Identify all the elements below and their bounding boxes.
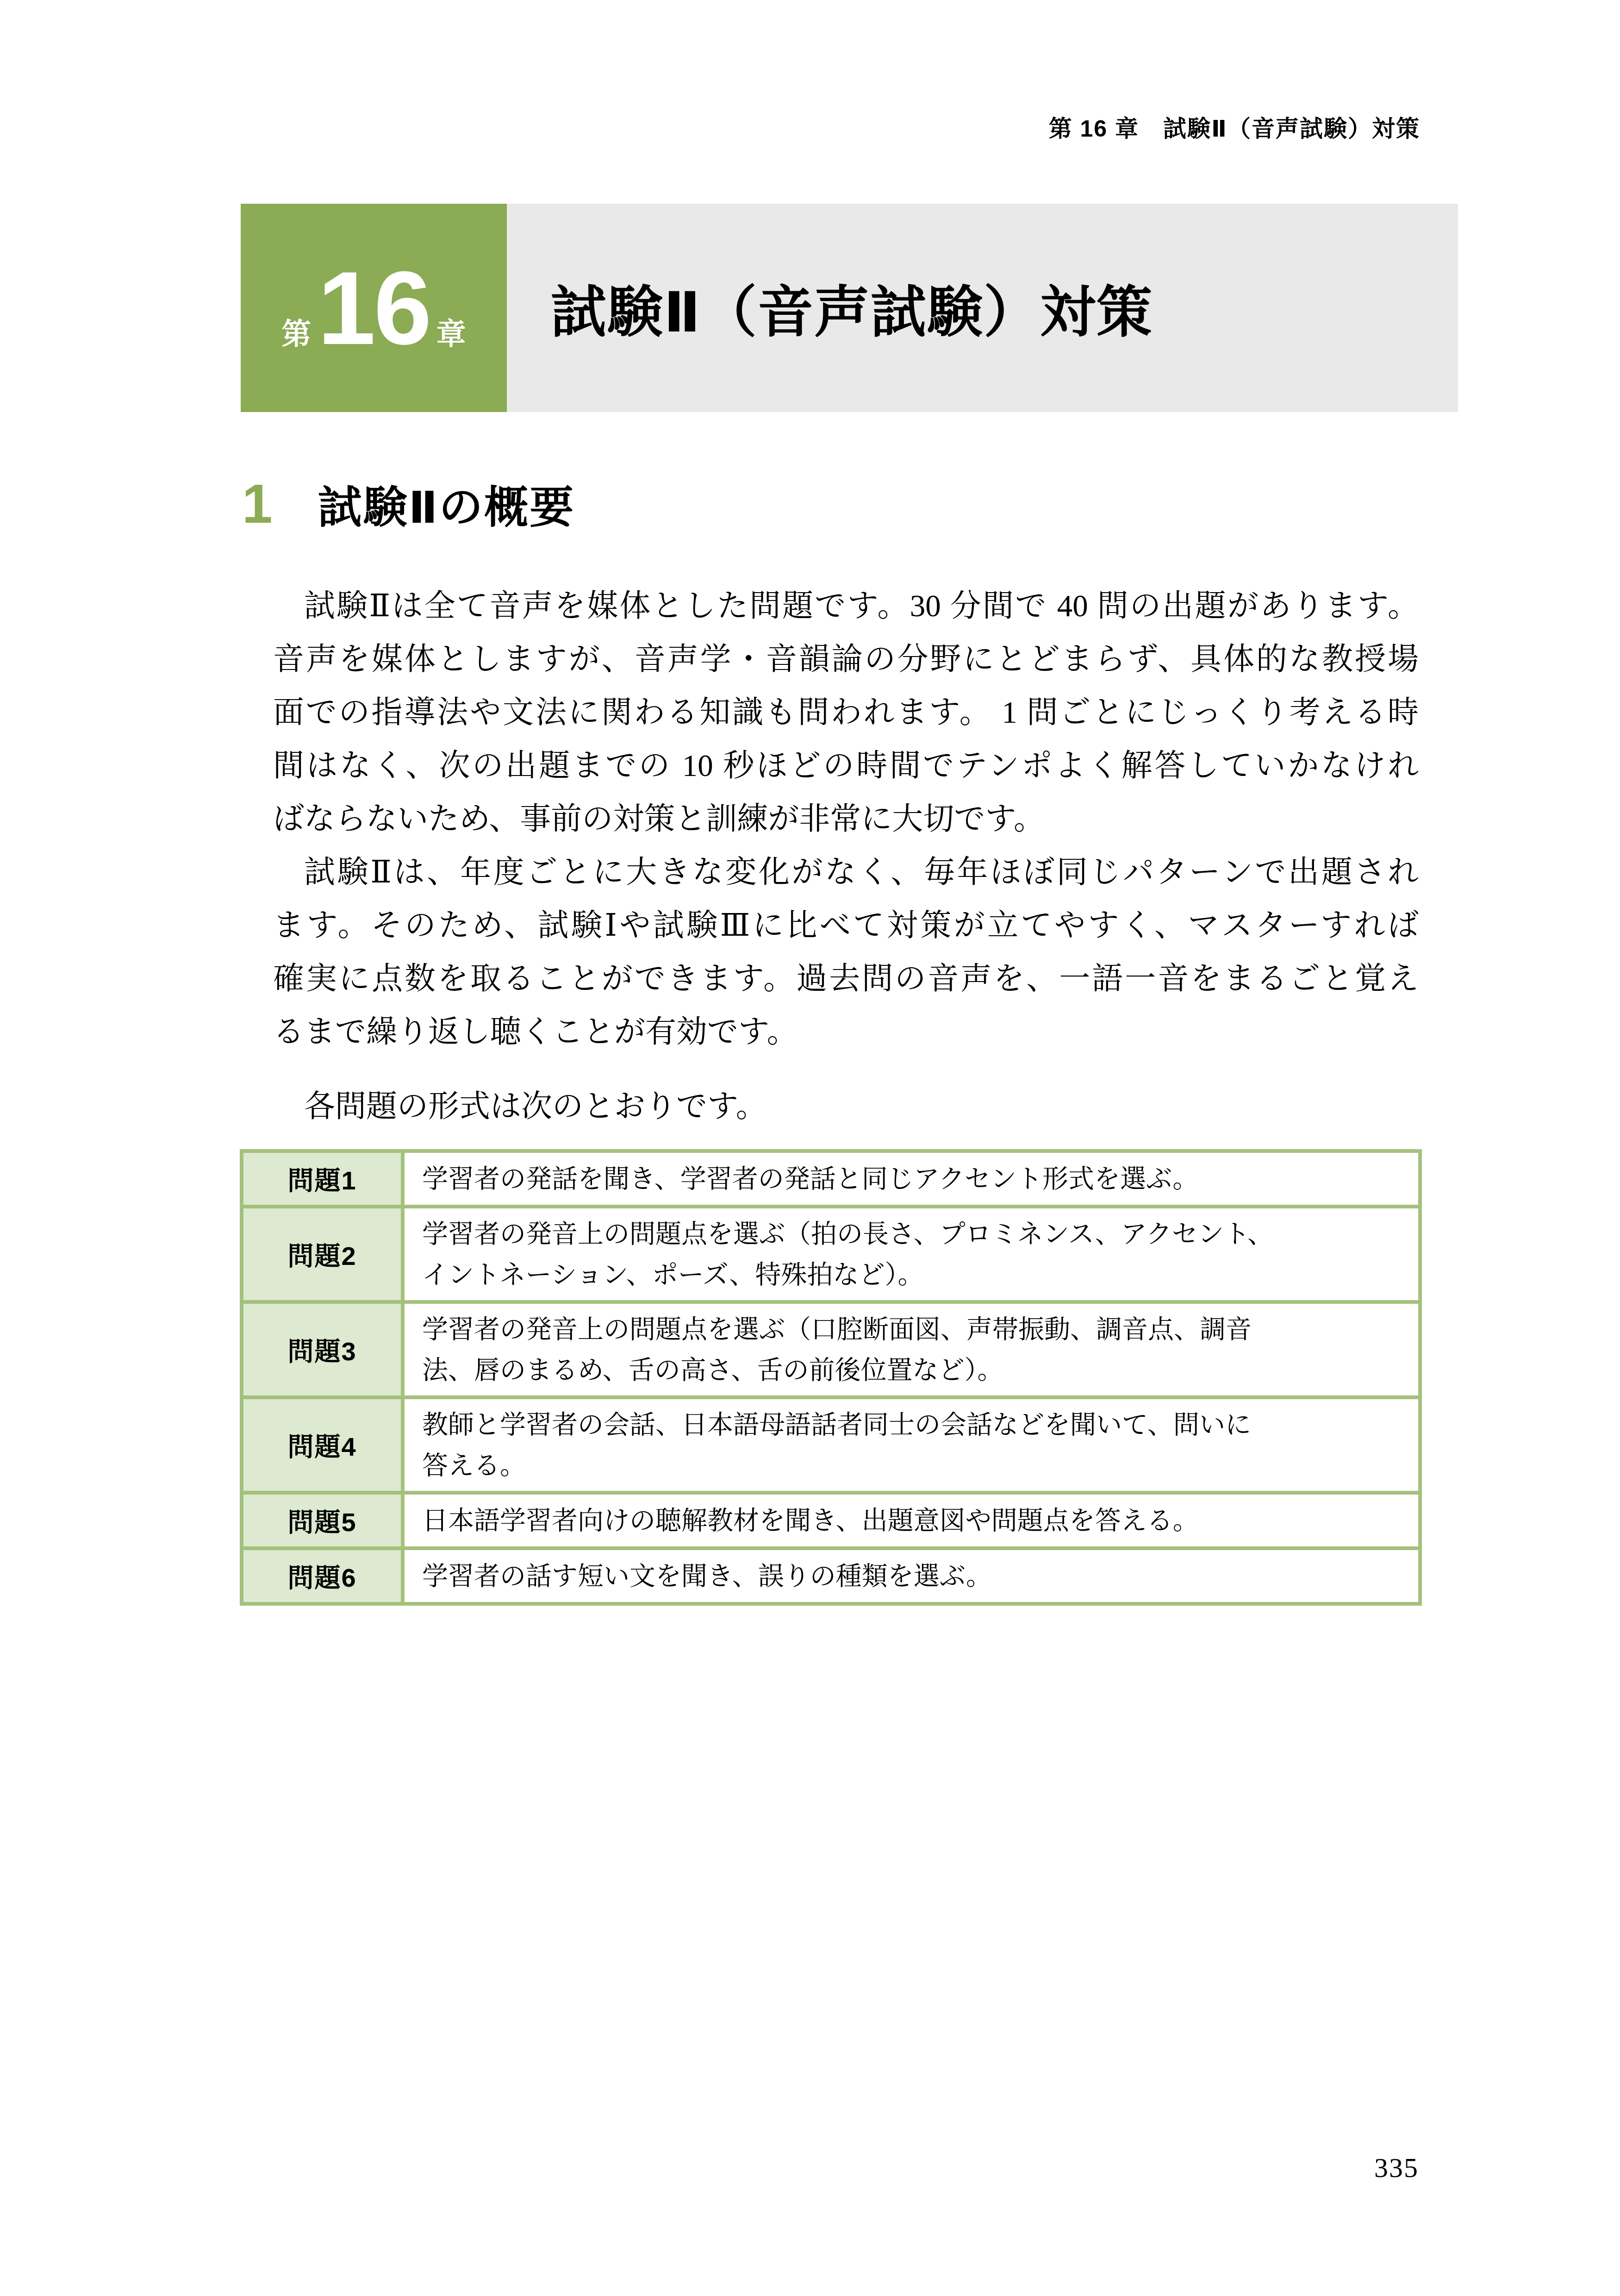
question-format-table: 問題1学習者の発話を聞き、学習者の発話と同じアクセント形式を選ぶ。問題2学習者の…: [240, 1149, 1422, 1606]
table-row: 問題5日本語学習者向けの聴解教材を聞き、出題意図や問題点を答える。: [242, 1493, 1420, 1548]
table-row: 問題3学習者の発音上の問題点を選ぶ（口腔断面図、声帯振動、調音点、調音法、唇のま…: [242, 1302, 1420, 1397]
question-description-cell: 日本語学習者向けの聴解教材を聞き、出題意図や問題点を答える。: [403, 1493, 1420, 1548]
document-page: 第 16 章 試験Ⅱ（音声試験）対策 第 16 章 試験Ⅱ（音声試験）対策 1 …: [0, 0, 1620, 2296]
question-label-cell: 問題6: [242, 1548, 403, 1604]
question-label-cell: 問題4: [242, 1397, 403, 1493]
question-description-cell: 学習者の話す短い文を聞き、誤りの種類を選ぶ。: [403, 1548, 1420, 1604]
question-label-cell: 問題3: [242, 1302, 403, 1397]
question-label-cell: 問題5: [242, 1493, 403, 1548]
body-line: ます。そのため、試験Ⅰや試験Ⅲに比べて対策が立てやすく、マスターすれば: [273, 899, 1419, 952]
section-title: 試験Ⅱの概要: [318, 486, 575, 530]
table-row: 問題4教師と学習者の会話、日本語母語話者同士の会話などを聞いて、問いに答える。: [242, 1397, 1420, 1493]
chapter-banner: 第 16 章 試験Ⅱ（音声試験）対策: [241, 204, 1458, 412]
chapter-number: 16: [318, 204, 430, 412]
question-description-line: 学習者の発話を聞き、学習者の発話と同じアクセント形式を選ぶ。: [422, 1158, 1409, 1199]
table-row: 問題2学習者の発音上の問題点を選ぶ（拍の長さ、プロミネンス、アクセント、イントネ…: [242, 1207, 1420, 1302]
body-line: 試験Ⅱは全て音声を媒体とした問題です。30 分間で 40 問の出題があります。: [273, 580, 1419, 633]
page-number: 335: [1374, 2152, 1419, 2184]
question-description-cell: 学習者の発話を聞き、学習者の発話と同じアクセント形式を選ぶ。: [403, 1151, 1420, 1207]
body-line: 確実に点数を取ることができます。過去問の音声を、一語一音をまるごと覚え: [273, 952, 1419, 1006]
question-format-table-body: 問題1学習者の発話を聞き、学習者の発話と同じアクセント形式を選ぶ。問題2学習者の…: [242, 1151, 1420, 1604]
question-label-cell: 問題1: [242, 1151, 403, 1207]
chapter-prefix: 第: [281, 230, 311, 438]
chapter-suffix: 章: [436, 230, 466, 438]
body-line: 音声を媒体としますが、音声学・音韻論の分野にとどまらず、具体的な教授場: [273, 633, 1419, 686]
question-description-line: イントネーション、ポーズ、特殊拍など）。: [422, 1254, 1409, 1295]
body-paragraphs: 試験Ⅱは全て音声を媒体とした問題です。30 分間で 40 問の出題があります。音…: [273, 580, 1419, 1133]
body-line: ばならないため、事前の対策と訓練が非常に大切です。: [273, 793, 1419, 846]
body-line: るまで繰り返し聴くことが有効です。: [273, 1006, 1419, 1059]
question-description-cell: 教師と学習者の会話、日本語母語話者同士の会話などを聞いて、問いに答える。: [403, 1397, 1420, 1493]
body-line: 試験Ⅱは、年度ごとに大きな変化がなく、毎年ほぼ同じパターンで出題され: [273, 846, 1419, 899]
body-line: 面での指導法や文法に関わる知識も問われます。 1 問ごとにじっくり考える時: [273, 686, 1419, 739]
table-row: 問題1学習者の発話を聞き、学習者の発話と同じアクセント形式を選ぶ。: [242, 1151, 1420, 1207]
question-description-line: 学習者の話す短い文を聞き、誤りの種類を選ぶ。: [422, 1556, 1409, 1596]
chapter-number-box: 第 16 章: [241, 204, 507, 412]
question-description-cell: 学習者の発音上の問題点を選ぶ（拍の長さ、プロミネンス、アクセント、イントネーショ…: [403, 1207, 1420, 1302]
body-line: 各問題の形式は次のとおりです。: [273, 1080, 1419, 1133]
question-description-cell: 学習者の発音上の問題点を選ぶ（口腔断面図、声帯振動、調音点、調音法、唇のまるめ、…: [403, 1302, 1420, 1397]
section-number: 1: [242, 477, 273, 532]
question-description-line: 学習者の発音上の問題点を選ぶ（口腔断面図、声帯振動、調音点、調音: [422, 1309, 1409, 1350]
question-label-cell: 問題2: [242, 1207, 403, 1302]
question-description-line: 学習者の発音上の問題点を選ぶ（拍の長さ、プロミネンス、アクセント、: [422, 1214, 1409, 1254]
question-description-line: 教師と学習者の会話、日本語母語話者同士の会話などを聞いて、問いに: [422, 1404, 1409, 1445]
chapter-title: 試験Ⅱ（音声試験）対策: [507, 204, 1458, 412]
running-header: 第 16 章 試験Ⅱ（音声試験）対策: [278, 110, 1420, 144]
body-line: 間はなく、次の出題までの 10 秒ほどの時間でテンポよく解答していかなけれ: [273, 739, 1419, 793]
table-row: 問題6学習者の話す短い文を聞き、誤りの種類を選ぶ。: [242, 1548, 1420, 1604]
question-description-line: 法、唇のまるめ、舌の高さ、舌の前後位置など）。: [422, 1350, 1409, 1390]
section-heading: 1 試験Ⅱの概要: [242, 477, 575, 532]
question-description-line: 答える。: [422, 1445, 1409, 1486]
question-description-line: 日本語学習者向けの聴解教材を聞き、出題意図や問題点を答える。: [422, 1500, 1409, 1541]
